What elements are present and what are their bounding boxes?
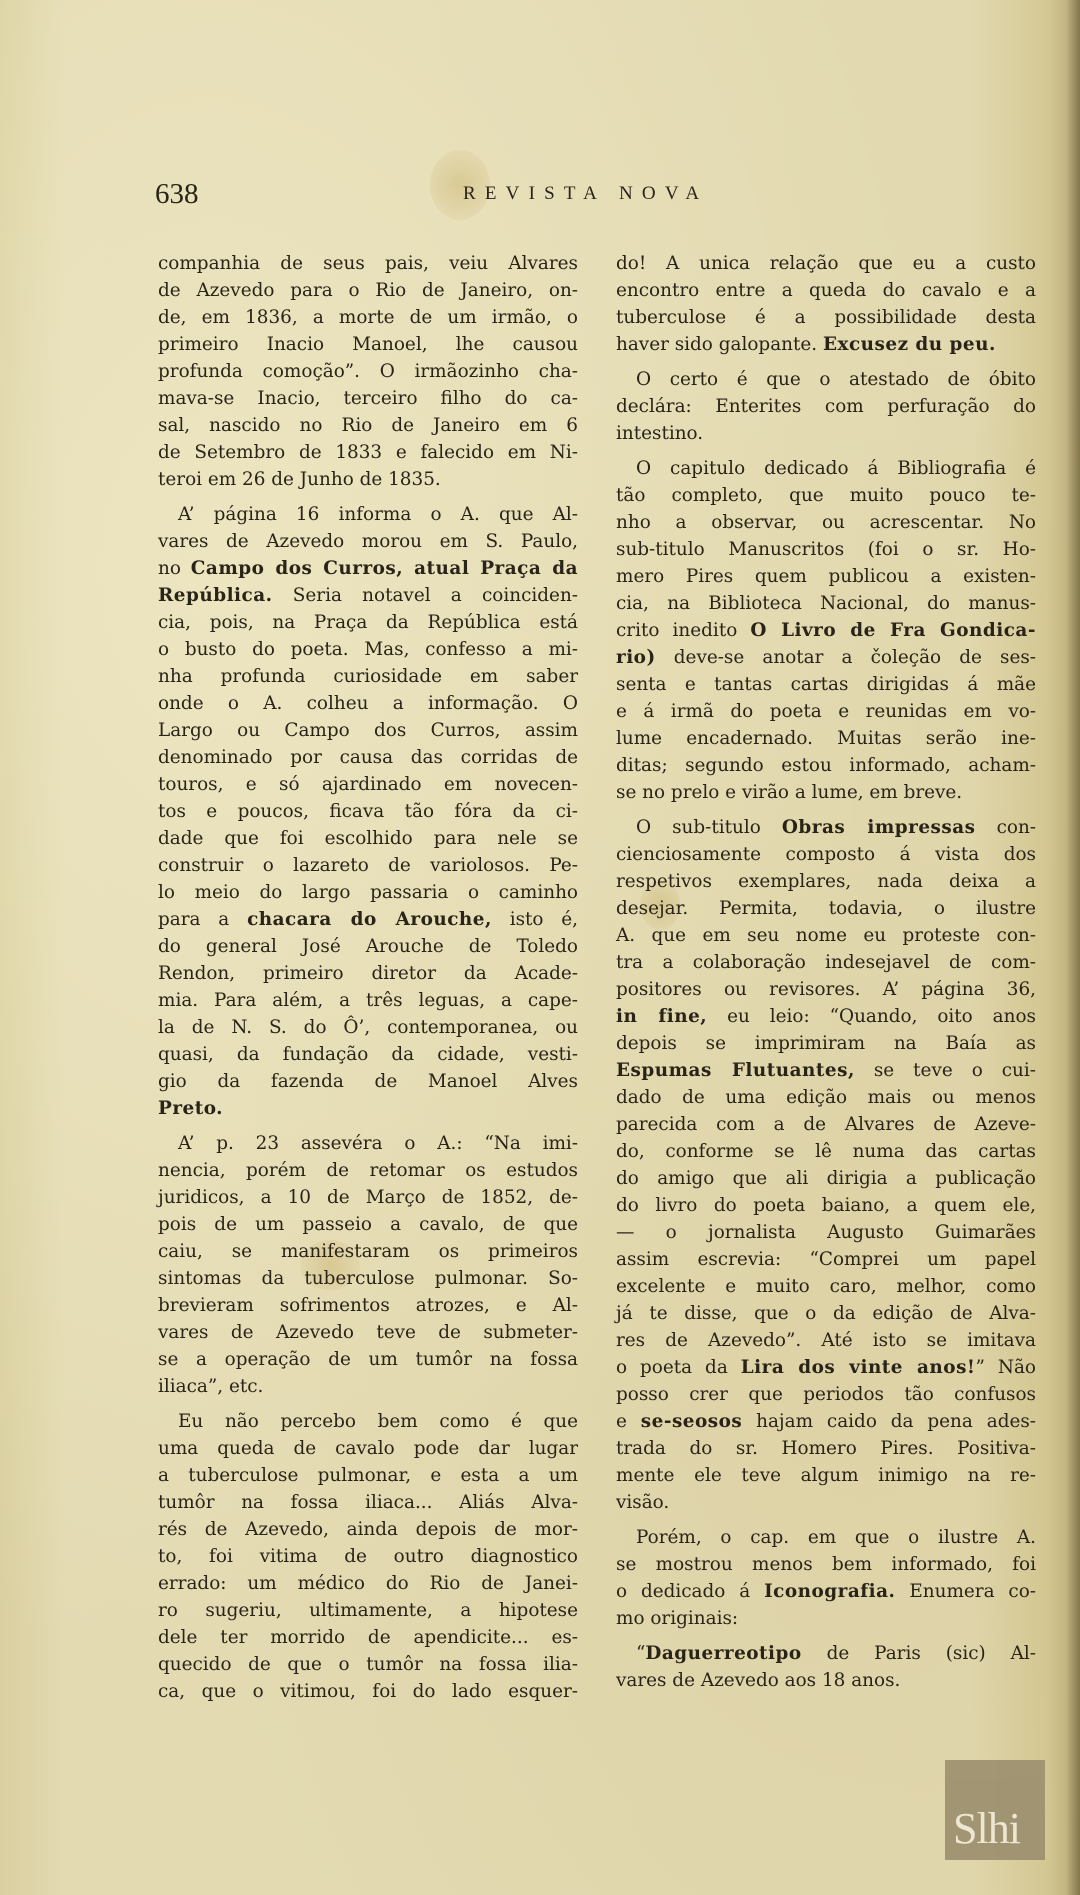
- text-line: onde o A. colheu a informação. O: [158, 690, 578, 717]
- text-line: “Daguerreotipo de Paris (sic) Al-: [616, 1640, 1036, 1667]
- text-line: de Setembro de 1833 e falecido em Ni-: [158, 439, 578, 466]
- text-line: se no prelo e virão a lume, em breve.: [616, 779, 1036, 806]
- text-line: vares de Azevedo aos 18 anos.: [616, 1667, 1036, 1694]
- text-line: dado de uma edição mais ou menos: [616, 1084, 1036, 1111]
- text-line: mava-se Inacio, terceiro filho do ca-: [158, 385, 578, 412]
- paragraph: “Daguerreotipo de Paris (sic) Al-vares d…: [616, 1640, 1036, 1694]
- paragraph: companhia de seus pais, veiu Alvaresde A…: [158, 250, 578, 493]
- text-line: o poeta da Lira dos vinte anos!” Não: [616, 1354, 1036, 1381]
- text-line: sal, nascido no Rio de Janeiro em 6: [158, 412, 578, 439]
- paragraph: A’ página 16 informa o A. que Al-vares d…: [158, 501, 578, 1122]
- archive-logo-icon: Slhi: [945, 1760, 1045, 1860]
- text-line: A. que em seu nome eu proteste con-: [616, 922, 1036, 949]
- running-title: REVISTA NOVA: [463, 183, 708, 205]
- text-line: lume encadernado. Muitas serão ine-: [616, 725, 1036, 752]
- text-line: — o jornalista Augusto Guimarães: [616, 1219, 1036, 1246]
- page-header: 638 REVISTA NOVA: [155, 178, 1035, 212]
- text-line: uma queda de cavalo pode dar lugar: [158, 1435, 578, 1462]
- text-line: Porém, o cap. em que o ilustre A.: [616, 1524, 1036, 1551]
- text-line: e á irmã do poeta e reunidas em vo-: [616, 698, 1036, 725]
- text-line: A’ p. 23 assevéra o A.: “Na imi-: [158, 1130, 578, 1157]
- text-line: brevieram sofrimentos atrozes, e Al-: [158, 1292, 578, 1319]
- emphasized-text: Espumas Flutuantes,: [616, 1060, 855, 1081]
- text-line: la de N. S. do Ô’, contemporanea, ou: [158, 1014, 578, 1041]
- text-line: declára: Enterites com perfuração do: [616, 393, 1036, 420]
- text-line: primeiro Inacio Manoel, lhe causou: [158, 331, 578, 358]
- paragraph: O certo é que o atestado de óbitodeclára…: [616, 366, 1036, 447]
- text-line: depois se imprimiram na Baía as: [616, 1030, 1036, 1057]
- text-line: do amigo que ali dirigia a publicação: [616, 1165, 1036, 1192]
- right-text-column: do! A unica relação que eu a custoencont…: [616, 250, 1036, 1702]
- text-line: no Campo dos Curros, atual Praça da: [158, 555, 578, 582]
- paragraph: O capitulo dedicado á Bibliografia étão …: [616, 455, 1036, 806]
- text-line: to, foi vitima de outro diagnostico: [158, 1543, 578, 1570]
- text-line: cienciosamente composto á vista dos: [616, 841, 1036, 868]
- text-line: se a operação de um tumôr na fossa: [158, 1346, 578, 1373]
- text-line: intestino.: [616, 420, 1036, 447]
- text-line: mero Pires quem publicou a existen-: [616, 563, 1036, 590]
- page-number: 638: [155, 178, 199, 211]
- text-line: do livro do poeta baiano, a quem ele,: [616, 1192, 1036, 1219]
- text-line: tumôr na fossa iliaca... Aliás Alva-: [158, 1489, 578, 1516]
- emphasized-text: Lira dos vinte anos!: [741, 1357, 976, 1378]
- text-line: o busto do poeta. Mas, confesso a mi-: [158, 636, 578, 663]
- text-line: Espumas Flutuantes, se teve o cui-: [616, 1057, 1036, 1084]
- text-line: nha profunda curiosidade em saber: [158, 663, 578, 690]
- text-line: desejar. Permita, todavia, o ilustre: [616, 895, 1036, 922]
- text-line: O certo é que o atestado de óbito: [616, 366, 1036, 393]
- text-line: o dedicado á Iconografia. Enumera co-: [616, 1578, 1036, 1605]
- text-line: rés de Azevedo, ainda depois de mor-: [158, 1516, 578, 1543]
- emphasized-text: Excusez du peu.: [823, 334, 996, 355]
- text-line: mente ele teve algum inimigo na re-: [616, 1462, 1036, 1489]
- text-line: tos e poucos, ficava tão fóra da ci-: [158, 798, 578, 825]
- emphasized-text: República.: [158, 585, 273, 606]
- text-line: ro sugeriu, ultimamente, a hipotese: [158, 1597, 578, 1624]
- text-line: O sub-titulo Obras impressas con-: [616, 814, 1036, 841]
- text-line: errado: um médico do Rio de Janei-: [158, 1570, 578, 1597]
- paragraph: O sub-titulo Obras impressas con-ciencio…: [616, 814, 1036, 1516]
- text-line: trada do sr. Homero Pires. Positiva-: [616, 1435, 1036, 1462]
- text-line: res de Azevedo”. Até isto se imitava: [616, 1327, 1036, 1354]
- text-line: do, conforme se lê numa das cartas: [616, 1138, 1036, 1165]
- text-line: nho a observar, ou acrescentar. No: [616, 509, 1036, 536]
- text-line: mo originais:: [616, 1605, 1036, 1632]
- text-line: vares de Azevedo teve de submeter-: [158, 1319, 578, 1346]
- text-line: tra a colaboração indesejavel de com-: [616, 949, 1036, 976]
- emphasized-text: Campo dos Curros, atual Praça da: [191, 558, 578, 579]
- text-line: posso crer que periodos tão confusos: [616, 1381, 1036, 1408]
- text-line: vares de Azevedo morou em S. Paulo,: [158, 528, 578, 555]
- text-line: do general José Arouche de Toledo: [158, 933, 578, 960]
- text-line: companhia de seus pais, veiu Alvares: [158, 250, 578, 277]
- text-line: lo meio do largo passaria o caminho: [158, 879, 578, 906]
- emphasized-text: chacara do Arouche,: [247, 909, 492, 930]
- page-edge-shadow: [1066, 0, 1080, 1895]
- text-line: tuberculose é a possibilidade desta: [616, 304, 1036, 331]
- text-line: encontro entre a queda do cavalo e a: [616, 277, 1036, 304]
- text-line: se mostrou menos bem informado, foi: [616, 1551, 1036, 1578]
- text-line: senta e tantas cartas dirigidas á mãe: [616, 671, 1036, 698]
- text-line: pois de um passeio a cavalo, de que: [158, 1211, 578, 1238]
- text-line: positores ou revisores. A’ página 36,: [616, 976, 1036, 1003]
- emphasized-text: Obras impressas: [782, 817, 976, 838]
- emphasized-text: rio): [616, 647, 656, 668]
- text-line: mia. Para além, a três leguas, a cape-: [158, 987, 578, 1014]
- text-line: parecida com a de Alvares de Azeve-: [616, 1111, 1036, 1138]
- text-line: para a chacara do Arouche, isto é,: [158, 906, 578, 933]
- emphasized-text: in fine,: [616, 1006, 707, 1027]
- emphasized-text: Preto.: [158, 1098, 223, 1119]
- emphasized-text: Daguerreotipo: [645, 1643, 801, 1664]
- text-line: A’ página 16 informa o A. que Al-: [158, 501, 578, 528]
- text-line: denominado por causa das corridas de: [158, 744, 578, 771]
- text-line: tão completo, que muito pouco te-: [616, 482, 1036, 509]
- text-line: O capitulo dedicado á Bibliografia é: [616, 455, 1036, 482]
- text-line: dade que foi escolhido para nele se: [158, 825, 578, 852]
- emphasized-text: Iconografia.: [764, 1581, 895, 1602]
- text-line: República. Seria notavel a coinciden-: [158, 582, 578, 609]
- text-line: Preto.: [158, 1095, 578, 1122]
- text-line: e se-seosos hajam caido da pena ades-: [616, 1408, 1036, 1435]
- text-line: construir o lazareto de variolosos. Pe-: [158, 852, 578, 879]
- watermark-text: Slhi: [953, 1803, 1020, 1854]
- paragraph: do! A unica relação que eu a custoencont…: [616, 250, 1036, 358]
- paragraph: Porém, o cap. em que o ilustre A.se most…: [616, 1524, 1036, 1632]
- left-text-column: companhia de seus pais, veiu Alvaresde A…: [158, 250, 578, 1713]
- text-line: respetivos exemplares, nada deixa a: [616, 868, 1036, 895]
- text-line: rio) deve-se anotar a čoleção de ses-: [616, 644, 1036, 671]
- text-line: crito inedito O Livro de Fra Gondica-: [616, 617, 1036, 644]
- text-line: já te disse, que o da edição de Alva-: [616, 1300, 1036, 1327]
- text-line: quecido de que o tumôr na fossa ilia-: [158, 1651, 578, 1678]
- emphasized-text: se-seosos: [641, 1411, 742, 1432]
- text-line: cia, na Biblioteca Nacional, do manus-: [616, 590, 1036, 617]
- text-line: ditas; segundo estou informado, acham-: [616, 752, 1036, 779]
- text-line: teroi em 26 de Junho de 1835.: [158, 466, 578, 493]
- text-line: sub-titulo Manuscritos (foi o sr. Ho-: [616, 536, 1036, 563]
- text-line: quasi, da fundação da cidade, vesti-: [158, 1041, 578, 1068]
- text-line: juridicos, a 10 de Março de 1852, de-: [158, 1184, 578, 1211]
- text-line: de Azevedo para o Rio de Janeiro, on-: [158, 277, 578, 304]
- text-line: sintomas da tuberculose pulmonar. So-: [158, 1265, 578, 1292]
- text-line: Eu não percebo bem como é que: [158, 1408, 578, 1435]
- text-line: Largo ou Campo dos Curros, assim: [158, 717, 578, 744]
- text-line: in fine, eu leio: “Quando, oito anos: [616, 1003, 1036, 1030]
- text-line: touros, e só ajardinado em novecen-: [158, 771, 578, 798]
- text-line: caiu, se manifestaram os primeiros: [158, 1238, 578, 1265]
- emphasized-text: O Livro de Fra Gondica-: [750, 620, 1036, 641]
- text-line: excelente e muito caro, melhor, como: [616, 1273, 1036, 1300]
- text-line: ca, que o vitimou, foi do lado esquer-: [158, 1678, 578, 1705]
- text-line: dele ter morrido de apendicite... es-: [158, 1624, 578, 1651]
- text-line: do! A unica relação que eu a custo: [616, 250, 1036, 277]
- text-line: visão.: [616, 1489, 1036, 1516]
- text-line: a tuberculose pulmonar, e esta a um: [158, 1462, 578, 1489]
- text-line: Rendon, primeiro diretor da Acade-: [158, 960, 578, 987]
- text-line: gio da fazenda de Manoel Alves: [158, 1068, 578, 1095]
- text-line: haver sido galopante. Excusez du peu.: [616, 331, 1036, 358]
- text-line: assim escrevia: “Comprei um papel: [616, 1246, 1036, 1273]
- paragraph: Eu não percebo bem como é queuma queda d…: [158, 1408, 578, 1705]
- paragraph: A’ p. 23 assevéra o A.: “Na imi-nencia, …: [158, 1130, 578, 1400]
- text-line: iliaca”, etc.: [158, 1373, 578, 1400]
- text-line: profunda comoção”. O irmãozinho cha-: [158, 358, 578, 385]
- text-line: de, em 1836, a morte de um irmão, o: [158, 304, 578, 331]
- text-line: cia, pois, na Praça da República está: [158, 609, 578, 636]
- text-line: nencia, porém de retomar os estudos: [158, 1157, 578, 1184]
